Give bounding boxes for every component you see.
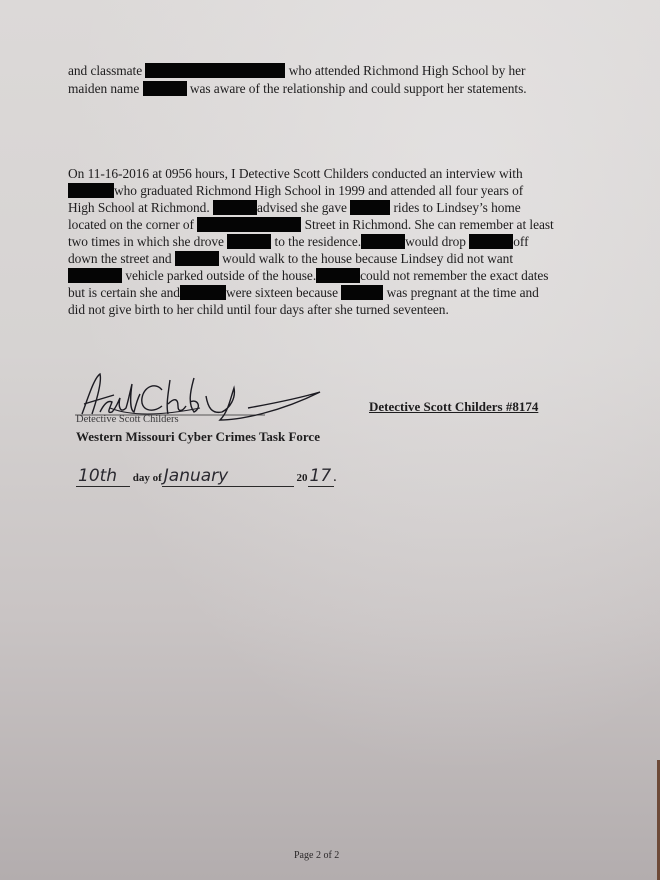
date-year-handwritten: 17 xyxy=(310,466,332,486)
redaction-box xyxy=(361,234,405,249)
detective-badge-name: Detective Scott Childers #8174 xyxy=(369,399,538,415)
paragraph2-line6: down the street and would walk to the ho… xyxy=(68,250,513,267)
text: who graduated Richmond High School in 19… xyxy=(114,183,523,198)
text: down the street and xyxy=(68,251,172,266)
paragraph2-line9: did not give birth to her child until fo… xyxy=(68,301,449,318)
text: rides to Lindsey’s home xyxy=(394,200,521,215)
signature-printed-name: Detective Scott Childers xyxy=(76,414,179,425)
text: would drop xyxy=(405,234,466,249)
text: but is certain she and xyxy=(68,285,180,300)
redaction-box xyxy=(197,217,301,232)
redaction-box xyxy=(68,268,122,283)
text: did not give birth to her child until fo… xyxy=(68,302,449,317)
paragraph2-line5: two times in which she drove to the resi… xyxy=(68,233,529,250)
redaction-box xyxy=(227,234,271,249)
signature-organization: Western Missouri Cyber Crimes Task Force xyxy=(76,429,320,445)
text: was pregnant at the time and xyxy=(387,285,539,300)
paragraph2-line8: but is certain she andwere sixteen becau… xyxy=(68,284,539,301)
page-number: Page 2 of 2 xyxy=(294,850,339,861)
text: and classmate xyxy=(68,63,145,78)
date-day-handwritten: 10th xyxy=(78,466,117,486)
paragraph2-line1: On 11-16-2016 at 0956 hours, I Detective… xyxy=(68,165,523,182)
redaction-box xyxy=(180,285,226,300)
redaction-box xyxy=(68,183,114,198)
text: High School at Richmond. xyxy=(68,200,210,215)
redaction-box xyxy=(350,200,390,215)
date-year-field: 17 xyxy=(308,466,334,487)
text: were sixteen because xyxy=(226,285,338,300)
document-page: and classmate who attended Richmond High… xyxy=(0,0,660,880)
redaction-box xyxy=(143,81,187,96)
text: could not remember the exact dates xyxy=(360,268,548,283)
date-line: 10th day ofJanuary 2017. xyxy=(76,466,336,487)
date-day-field: 10th xyxy=(76,466,130,487)
paragraph2-line7: vehicle parked outside of the house.coul… xyxy=(68,267,548,284)
paragraph2-line2: who graduated Richmond High School in 19… xyxy=(68,182,523,199)
date-year-prefix: 20 xyxy=(297,472,308,484)
text: advised she gave xyxy=(257,200,347,215)
paragraph1-line2: maiden name was aware of the relationshi… xyxy=(68,80,527,97)
text: would walk to the house because Lindsey … xyxy=(222,251,513,266)
redaction-box xyxy=(175,251,219,266)
date-day-label: day of xyxy=(133,472,162,484)
text: was aware of the relationship and could … xyxy=(190,81,527,96)
redaction-box xyxy=(341,285,383,300)
date-month-field: January xyxy=(162,466,294,487)
text: two times in which she drove xyxy=(68,234,224,249)
text: to the residence. xyxy=(275,234,362,249)
redaction-box xyxy=(469,234,513,249)
paragraph1-line1: and classmate who attended Richmond High… xyxy=(68,62,525,79)
paragraph2-line4: located on the corner of Street in Richm… xyxy=(68,216,554,233)
text: maiden name xyxy=(68,81,143,96)
date-month-handwritten: January xyxy=(164,466,228,486)
paragraph2-line3: High School at Richmond. advised she gav… xyxy=(68,199,521,216)
text: vehicle parked outside of the house. xyxy=(125,268,316,283)
redaction-box xyxy=(145,63,285,78)
text: off xyxy=(513,234,528,249)
redaction-box xyxy=(213,200,257,215)
text: located on the corner of xyxy=(68,217,194,232)
text: Street in Richmond. She can remember at … xyxy=(305,217,554,232)
redaction-box xyxy=(316,268,360,283)
text: who attended Richmond High School by her xyxy=(289,63,526,78)
text: On 11-16-2016 at 0956 hours, I Detective… xyxy=(68,166,523,181)
